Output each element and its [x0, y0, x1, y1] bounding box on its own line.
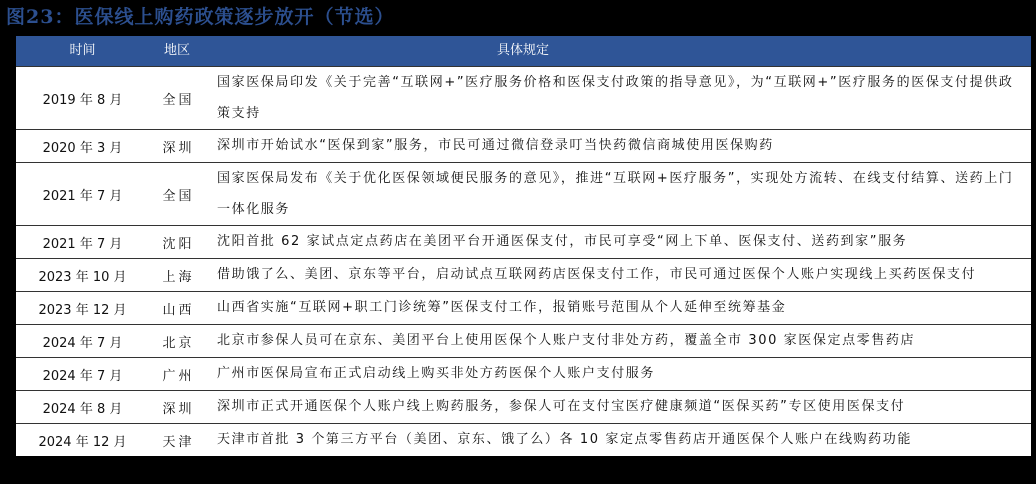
cell-detail: 沈阳首批 62 家试点定点药店在美团平台开通医保支付，市民可享受“网上下单、医保…	[205, 226, 1031, 258]
cell-detail: 国家医保局印发《关于完善“互联网+”医疗服务价格和医保支付政策的指导意见》，为“…	[205, 67, 1031, 129]
header-detail: 具体规定	[205, 36, 1031, 66]
table-row: 2024 年 12 月 天津 天津市首批 3 个第三方平台（美团、京东、饿了么）…	[16, 423, 1031, 456]
cell-time: 2024 年 8 月	[16, 398, 149, 417]
cell-time: 2024 年 7 月	[16, 365, 149, 384]
cell-time: 2024 年 12 月	[16, 431, 149, 450]
header-time: 时间	[16, 36, 149, 66]
policy-table: 时间 地区 具体规定 2019 年 8 月 全国 国家医保局印发《关于完善“互联…	[16, 36, 1031, 456]
cell-detail: 天津市首批 3 个第三方平台（美团、京东、饿了么）各 10 家定点零售药店开通医…	[205, 424, 1031, 456]
cell-detail: 广州市医保局宣布正式启动线上购买非处方药医保个人账户支付服务	[205, 358, 1031, 390]
cell-region: 全国	[149, 89, 205, 108]
cell-region: 山西	[149, 299, 205, 318]
cell-time: 2021 年 7 月	[16, 185, 149, 204]
cell-region: 北京	[149, 332, 205, 351]
cell-time: 2021 年 7 月	[16, 233, 149, 252]
cell-time: 2020 年 3 月	[16, 137, 149, 156]
header-region: 地区	[149, 36, 205, 66]
table-row: 2024 年 8 月 深圳 深圳市正式开通医保个人账户线上购药服务，参保人可在支…	[16, 390, 1031, 423]
table-row: 2023 年 10 月 上海 借助饿了么、美团、京东等平台，启动试点互联网药店医…	[16, 258, 1031, 291]
table-header: 时间 地区 具体规定	[16, 36, 1031, 66]
figure-title: 图23：医保线上购药政策逐步放开（节选）	[6, 4, 394, 30]
table-row: 2023 年 12 月 山西 山西省实施“互联网+职工门诊统筹”医保支付工作，报…	[16, 291, 1031, 324]
cell-region: 沈阳	[149, 233, 205, 252]
cell-detail: 借助饿了么、美团、京东等平台，启动试点互联网药店医保支付工作，市民可通过医保个人…	[205, 259, 1031, 291]
cell-detail: 山西省实施“互联网+职工门诊统筹”医保支付工作，报销账号范围从个人延伸至统筹基金	[205, 292, 1031, 324]
cell-detail: 深圳市正式开通医保个人账户线上购药服务，参保人可在支付宝医疗健康频道“医保买药”…	[205, 391, 1031, 423]
table-row: 2024 年 7 月 广州 广州市医保局宣布正式启动线上购买非处方药医保个人账户…	[16, 357, 1031, 390]
cell-region: 全国	[149, 185, 205, 204]
table-row: 2019 年 8 月 全国 国家医保局印发《关于完善“互联网+”医疗服务价格和医…	[16, 66, 1031, 129]
table-row: 2020 年 3 月 深圳 深圳市开始试水“医保到家”服务，市民可通过微信登录叮…	[16, 129, 1031, 162]
cell-region: 深圳	[149, 398, 205, 417]
cell-detail: 深圳市开始试水“医保到家”服务，市民可通过微信登录叮当快药微信商城使用医保购药	[205, 130, 1031, 162]
table-row: 2021 年 7 月 沈阳 沈阳首批 62 家试点定点药店在美团平台开通医保支付…	[16, 225, 1031, 258]
cell-region: 天津	[149, 431, 205, 450]
cell-region: 深圳	[149, 137, 205, 156]
cell-region: 广州	[149, 365, 205, 384]
cell-detail: 国家医保局发布《关于优化医保领域便民服务的意见》，推进“互联网+医疗服务”，实现…	[205, 163, 1031, 225]
cell-detail: 北京市参保人员可在京东、美团平台上使用医保个人账户支付非处方药，覆盖全市 300…	[205, 325, 1031, 357]
table-row: 2021 年 7 月 全国 国家医保局发布《关于优化医保领域便民服务的意见》，推…	[16, 162, 1031, 225]
cell-time: 2023 年 12 月	[16, 299, 149, 318]
cell-region: 上海	[149, 266, 205, 285]
cell-time: 2023 年 10 月	[16, 266, 149, 285]
cell-time: 2024 年 7 月	[16, 332, 149, 351]
table-row: 2024 年 7 月 北京 北京市参保人员可在京东、美团平台上使用医保个人账户支…	[16, 324, 1031, 357]
cell-time: 2019 年 8 月	[16, 89, 149, 108]
